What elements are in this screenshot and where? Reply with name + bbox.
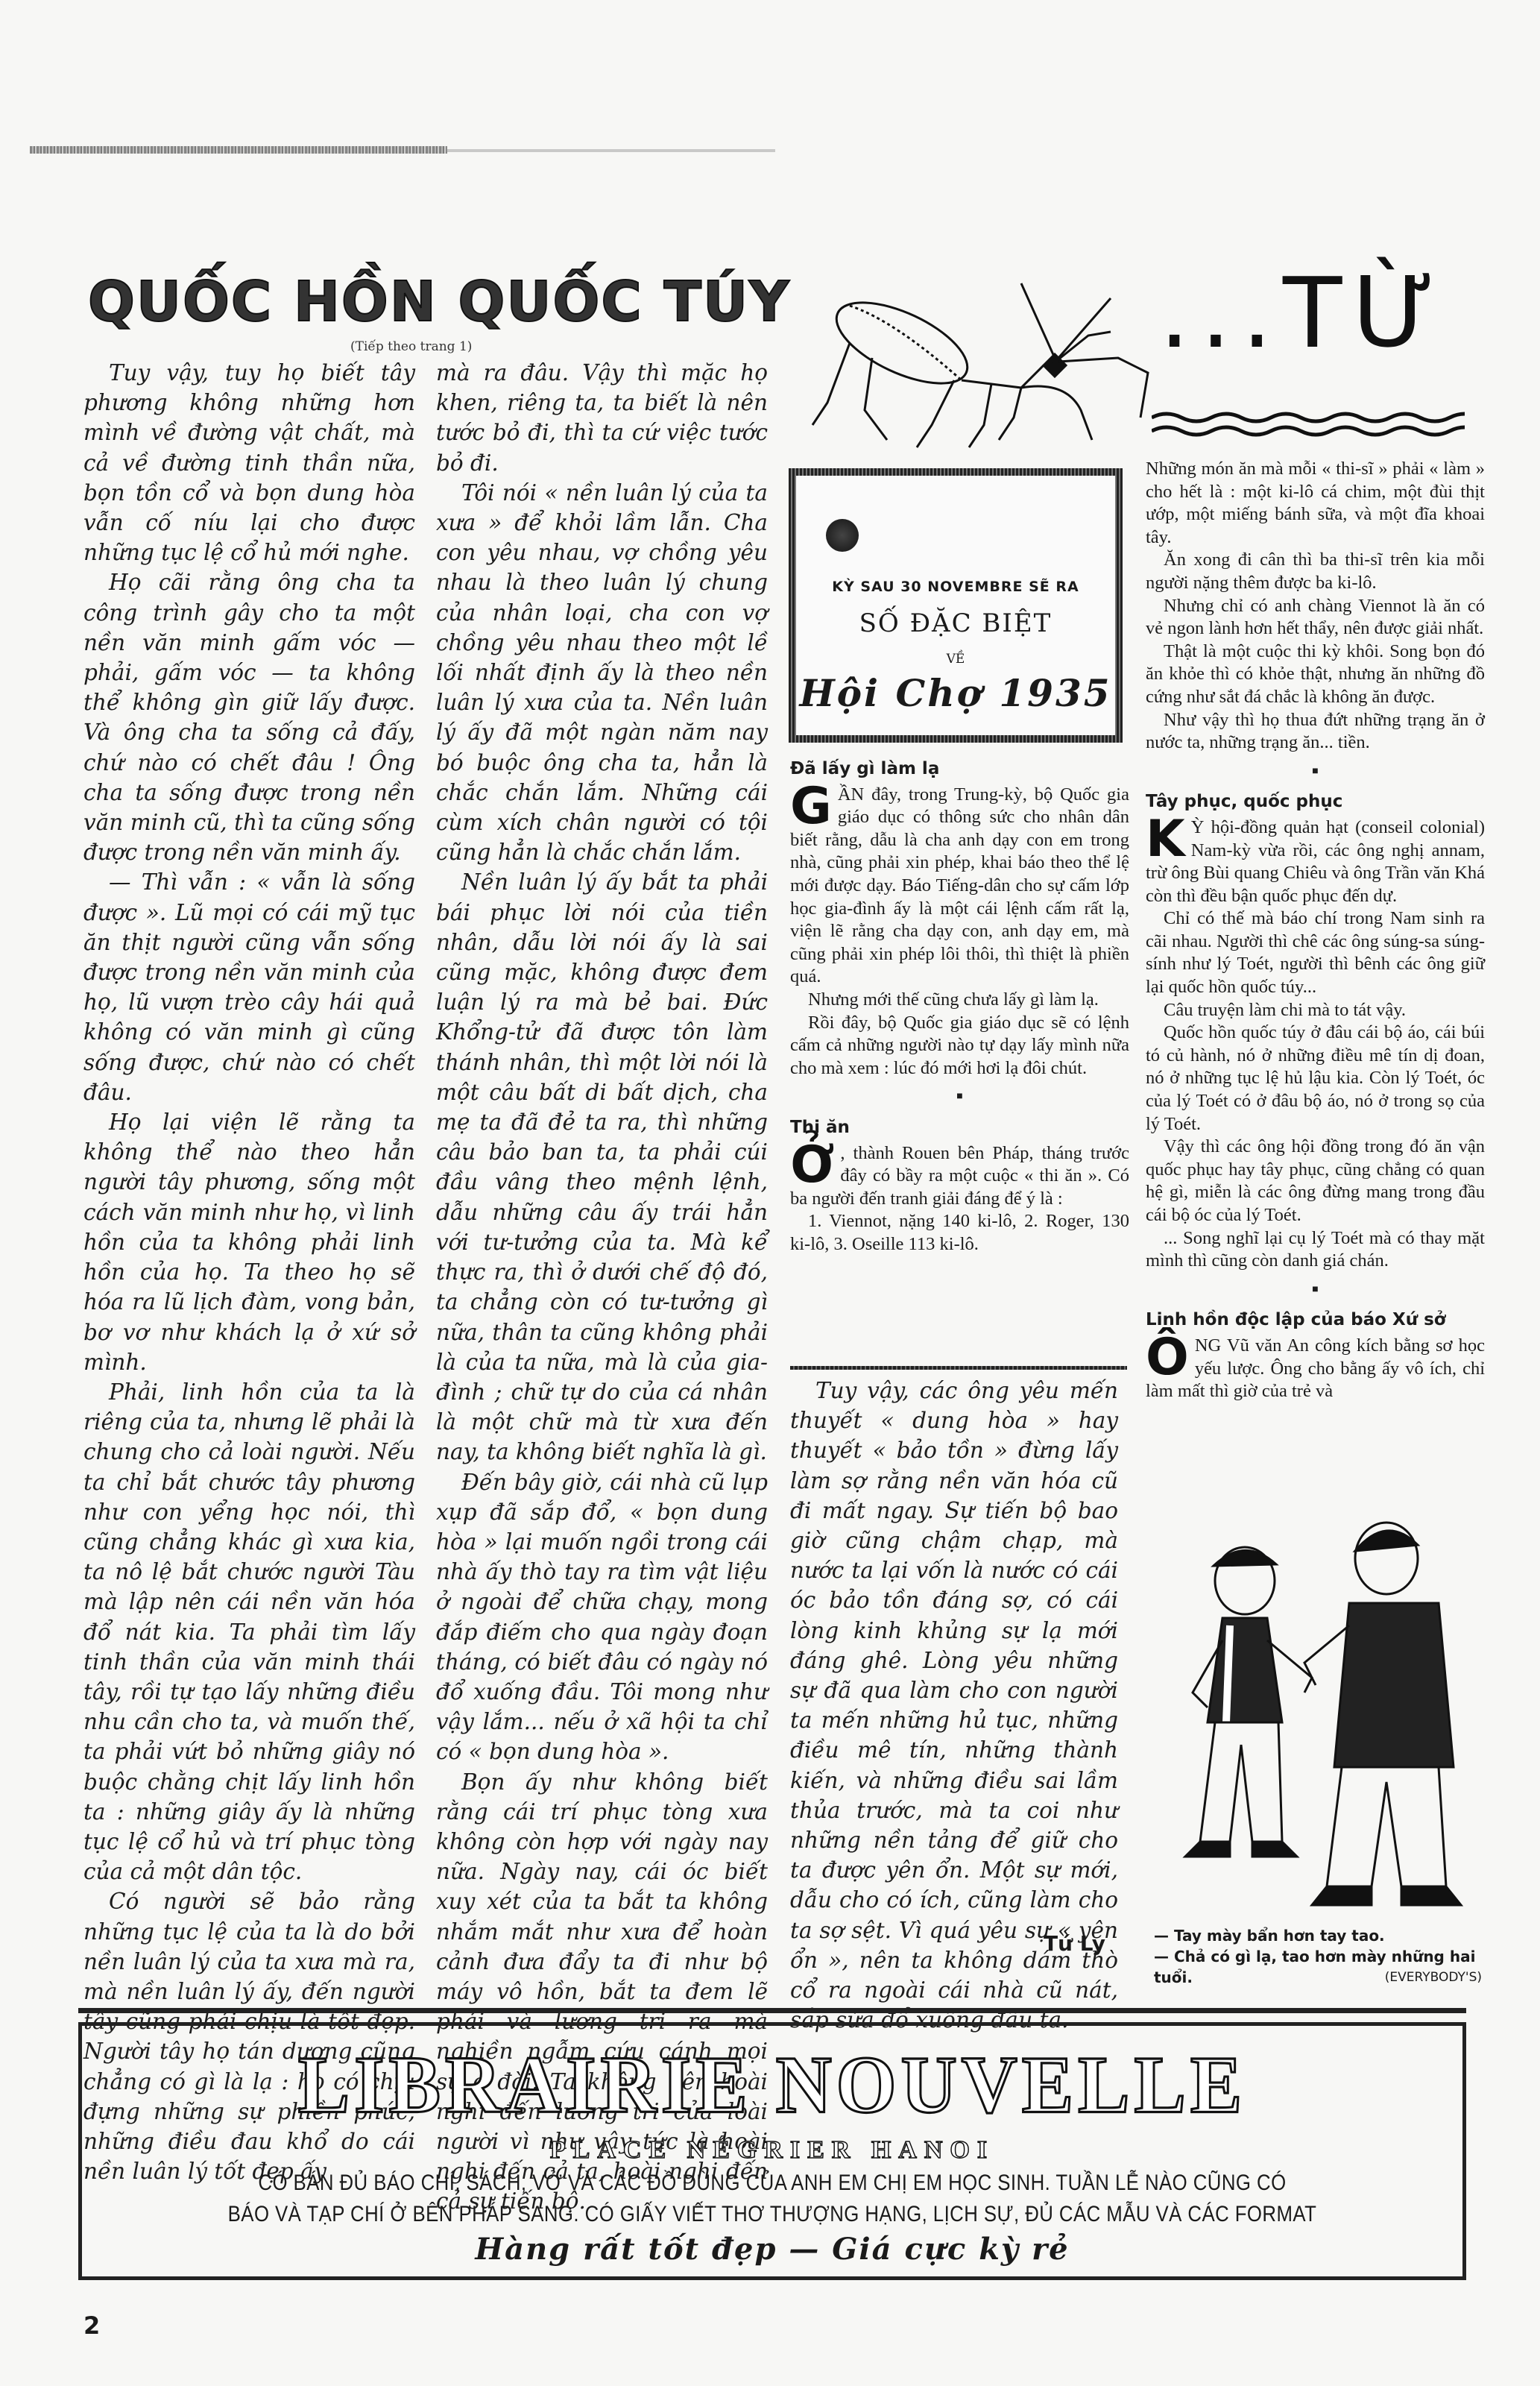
paragraph: ... Song nghĩ lại cụ lý Toét mà có thay … xyxy=(1146,1227,1485,1273)
paragraph: Phải, linh hồn của ta là riêng của ta, n… xyxy=(83,1377,415,1886)
paragraph: Nhưng chỉ có anh chàng Viennot là ăn có … xyxy=(1146,595,1485,640)
news-heading: Đã lấy gì làm lạ xyxy=(790,758,1129,781)
page-number: 2 xyxy=(83,2311,100,2340)
caption-line-2: — Chả có gì lạ, tao hơn mày những hai tu… xyxy=(1154,1946,1482,1988)
author-signature: Tứ Ly xyxy=(1044,1931,1105,1956)
paragraph: Câu truyện làm chi mà to tát vậy. xyxy=(1146,999,1485,1022)
news-column-4: Những món ăn mà mỗi « thi-sĩ » phải « là… xyxy=(1146,458,1485,1403)
ad-text-line-2: BÁO VÀ TẠP CHÍ Ở BÊN PHÁP SANG. CÓ GIẤY … xyxy=(217,2202,1328,2227)
paragraph: Họ lại viện lẽ rằng ta không thể nào the… xyxy=(83,1107,415,1377)
special-issue-announcement: KỲ SAU 30 NOVEMBRE SẼ RA SỐ ĐẶC BIỆT VỀ … xyxy=(789,468,1123,743)
paragraph: Ở, thành Rouen bên Pháp, tháng trước đây… xyxy=(790,1142,1129,1211)
news-column-3: Đã lấy gì làm lạ GẦN đây, trong Trung-kỳ… xyxy=(790,753,1129,1256)
news-heading: Thi ăn xyxy=(790,1116,1129,1139)
paragraph: KỲ hội-đồng quản hạt (conseil colonial) … xyxy=(1146,816,1485,907)
news-heading: Linh hồn độc lập của báo Xứ sở xyxy=(1146,1309,1485,1332)
paragraph: ÔNG Vũ văn An công kích bằng sơ học yếu … xyxy=(1146,1335,1485,1403)
cartoon-credit: (EVERYBODY'S) xyxy=(1385,1967,1482,1988)
ad-address: PLACE NÉGRIER HANOI xyxy=(82,2136,1462,2165)
announcement-line-4: Hội Chợ 1935 xyxy=(796,671,1115,715)
paragraph: mà ra đâu. Vậy thì mặc họ khen, riêng ta… xyxy=(436,358,768,478)
paragraph: Quốc hồn quốc túy ở đâu cái bộ áo, cái b… xyxy=(1146,1022,1485,1136)
paragraph: Thật là một cuộc thi kỳ khôi. Song bọn đ… xyxy=(1146,640,1485,709)
paragraph: Đến bây giờ, cái nhà cũ lụp xụp đã sắp đ… xyxy=(436,1467,768,1767)
column-header-title: ...TỪ xyxy=(1159,265,1446,362)
paragraph: Chỉ có thế mà báo chí trong Nam sinh ra … xyxy=(1146,907,1485,998)
mantis-illustration xyxy=(798,254,1170,455)
section-separator-icon: ■ xyxy=(1146,1279,1485,1302)
continued-note: (Tiếp theo trang 1) xyxy=(350,339,472,354)
paragraph: Những món ăn mà mỗi « thi-sĩ » phải « là… xyxy=(1146,458,1485,549)
paragraph: Như vậy thì họ thua đứt những trạng ăn ở… xyxy=(1146,709,1485,755)
paragraph: Rồi đây, bộ Quốc gia giáo dục sẽ có lệnh… xyxy=(790,1012,1129,1080)
paragraph: — Thì vẫn : « vẫn là sống được ». Lũ mọi… xyxy=(83,867,415,1107)
section-separator-icon: ■ xyxy=(790,1086,1129,1109)
paragraph: GẦN đây, trong Trung-kỳ, bộ Quốc gia giá… xyxy=(790,784,1129,989)
section-separator-icon: ■ xyxy=(1146,761,1485,784)
paragraph: 1. Viennot, nặng 140 ki-lô, 2. Roger, 13… xyxy=(790,1210,1129,1256)
paragraph: Tôi nói « nền luân lý của ta xưa » để kh… xyxy=(436,478,768,868)
top-edge-strip xyxy=(30,146,447,154)
announcement-line-2: SỐ ĐẶC BIỆT xyxy=(796,608,1115,638)
paragraph: Tuy vậy, tuy họ biết tây phương không nh… xyxy=(83,358,415,567)
article-headline: QUỐC HỒN QUỐC TÚY xyxy=(88,270,791,334)
ad-text-line-1: CÓ BÁN ĐỦ BÁO CHÍ, SÁCH, VỞ VÀ CÁC ĐỒ DÙ… xyxy=(217,2171,1328,2196)
announcement-line-3: VỀ xyxy=(796,652,1115,667)
paragraph: Nền luân lý ấy bắt ta phải bái phục lời … xyxy=(436,867,768,1467)
column-divider xyxy=(790,1366,1127,1370)
top-edge-rule xyxy=(447,149,775,152)
paragraph: Họ cãi rằng ông cha ta công trình gây ch… xyxy=(83,567,415,867)
news-heading: Tây phục, quốc phục xyxy=(1146,790,1485,813)
dropcap: G xyxy=(790,785,832,828)
paragraph: Nhưng mới thế cũng chưa lấy gì làm lạ. xyxy=(790,989,1129,1012)
dropcap: K xyxy=(1146,818,1185,861)
announcement-line-1: KỲ SAU 30 NOVEMBRE SẼ RA xyxy=(796,579,1115,595)
caption-line-1: — Tay mày bẩn hơn tay tao. xyxy=(1154,1925,1482,1946)
ad-top-rule xyxy=(78,2008,1466,2013)
bullet-dot-icon xyxy=(826,519,859,552)
cartoon-caption: — Tay mày bẩn hơn tay tao. — Chả có gì l… xyxy=(1154,1925,1482,1988)
ad-title: LIBRAIRIE NOUVELLE xyxy=(82,2045,1462,2126)
wave-ornament xyxy=(1152,410,1465,440)
cartoon-two-boys-illustration xyxy=(1155,1499,1476,1924)
article-column-1: Tuy vậy, tuy họ biết tây phương không nh… xyxy=(83,358,415,2186)
librairie-nouvelle-advertisement: LIBRAIRIE NOUVELLE PLACE NÉGRIER HANOI C… xyxy=(78,2022,1466,2280)
ad-slogan: Hàng rất tốt đẹp — Giá cực kỳ rẻ xyxy=(82,2232,1462,2267)
dropcap: Ở xyxy=(790,1144,834,1187)
paragraph: Vậy thì các ông hội đồng trong đó ăn vận… xyxy=(1146,1136,1485,1227)
dropcap: Ô xyxy=(1146,1336,1189,1379)
article-column-2: mà ra đâu. Vậy thì mặc họ khen, riêng ta… xyxy=(436,358,768,2217)
paragraph: Ăn xong đi cân thì ba thi-sĩ trên kia mỗ… xyxy=(1146,549,1485,594)
